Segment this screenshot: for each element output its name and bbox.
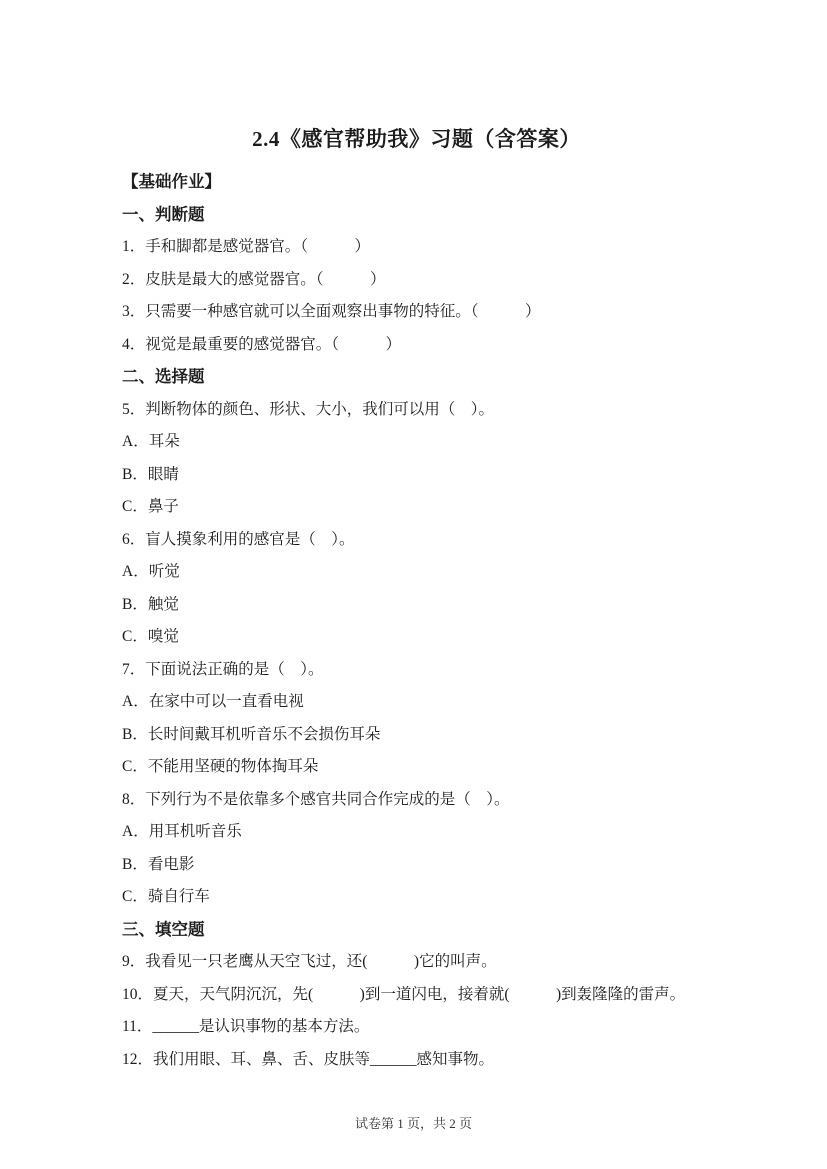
question-11: 11．______是认识事物的基本方法。 xyxy=(122,1011,711,1044)
option-7a: A．在家中可以一直看电视 xyxy=(122,686,711,719)
option-5c: C．鼻子 xyxy=(122,491,711,524)
option-5a: A．耳朵 xyxy=(122,426,711,459)
question-9: 9．我看见一只老鹰从天空飞过，还( )它的叫声。 xyxy=(122,946,711,979)
document-title: 2.4《感官帮助我》习题（含答案） xyxy=(122,124,711,154)
option-5b: B．眼睛 xyxy=(122,459,711,492)
question-1: 1．手和脚都是感觉器官。（ ） xyxy=(122,231,711,264)
option-6c: C．嗅觉 xyxy=(122,621,711,654)
question-10: 10．夏天，天气阴沉沉，先( )到一道闪电，接着就( )到轰隆隆的雷声。 xyxy=(122,979,711,1012)
section-multiple-choice: 二、选择题 xyxy=(122,361,711,394)
question-5: 5．判断物体的颜色、形状、大小，我们可以用（ ）。 xyxy=(122,394,711,427)
document-page: 2.4《感官帮助我》习题（含答案） 【基础作业】 一、判断题 1．手和脚都是感觉… xyxy=(0,0,827,1169)
question-7: 7．下面说法正确的是（ ）。 xyxy=(122,654,711,687)
question-4: 4．视觉是最重要的感觉器官。（ ） xyxy=(122,329,711,362)
option-7b: B．长时间戴耳机听音乐不会损伤耳朵 xyxy=(122,719,711,752)
section-true-false: 一、判断题 xyxy=(122,199,711,232)
option-6a: A．听觉 xyxy=(122,556,711,589)
option-7c: C．不能用坚硬的物体掏耳朵 xyxy=(122,751,711,784)
question-6: 6．盲人摸象利用的感官是（ ）。 xyxy=(122,524,711,557)
section-fill-blank: 三、填空题 xyxy=(122,914,711,947)
footer-page-number: 试卷第 1 页，共 2 页 xyxy=(0,1114,827,1134)
question-3: 3．只需要一种感官就可以全面观察出事物的特征。（ ） xyxy=(122,296,711,329)
question-2: 2．皮肤是最大的感觉器官。（ ） xyxy=(122,264,711,297)
document-content: 2.4《感官帮助我》习题（含答案） 【基础作业】 一、判断题 1．手和脚都是感觉… xyxy=(122,0,711,1076)
question-8: 8．下列行为不是依靠多个感官共同合作完成的是（ ）。 xyxy=(122,784,711,817)
option-8b: B．看电影 xyxy=(122,849,711,882)
option-8a: A．用耳机听音乐 xyxy=(122,816,711,849)
option-8c: C．骑自行车 xyxy=(122,881,711,914)
option-6b: B．触觉 xyxy=(122,589,711,622)
question-12: 12．我们用眼、耳、鼻、舌、皮肤等______感知事物。 xyxy=(122,1044,711,1077)
section-basic-homework: 【基础作业】 xyxy=(122,166,711,199)
